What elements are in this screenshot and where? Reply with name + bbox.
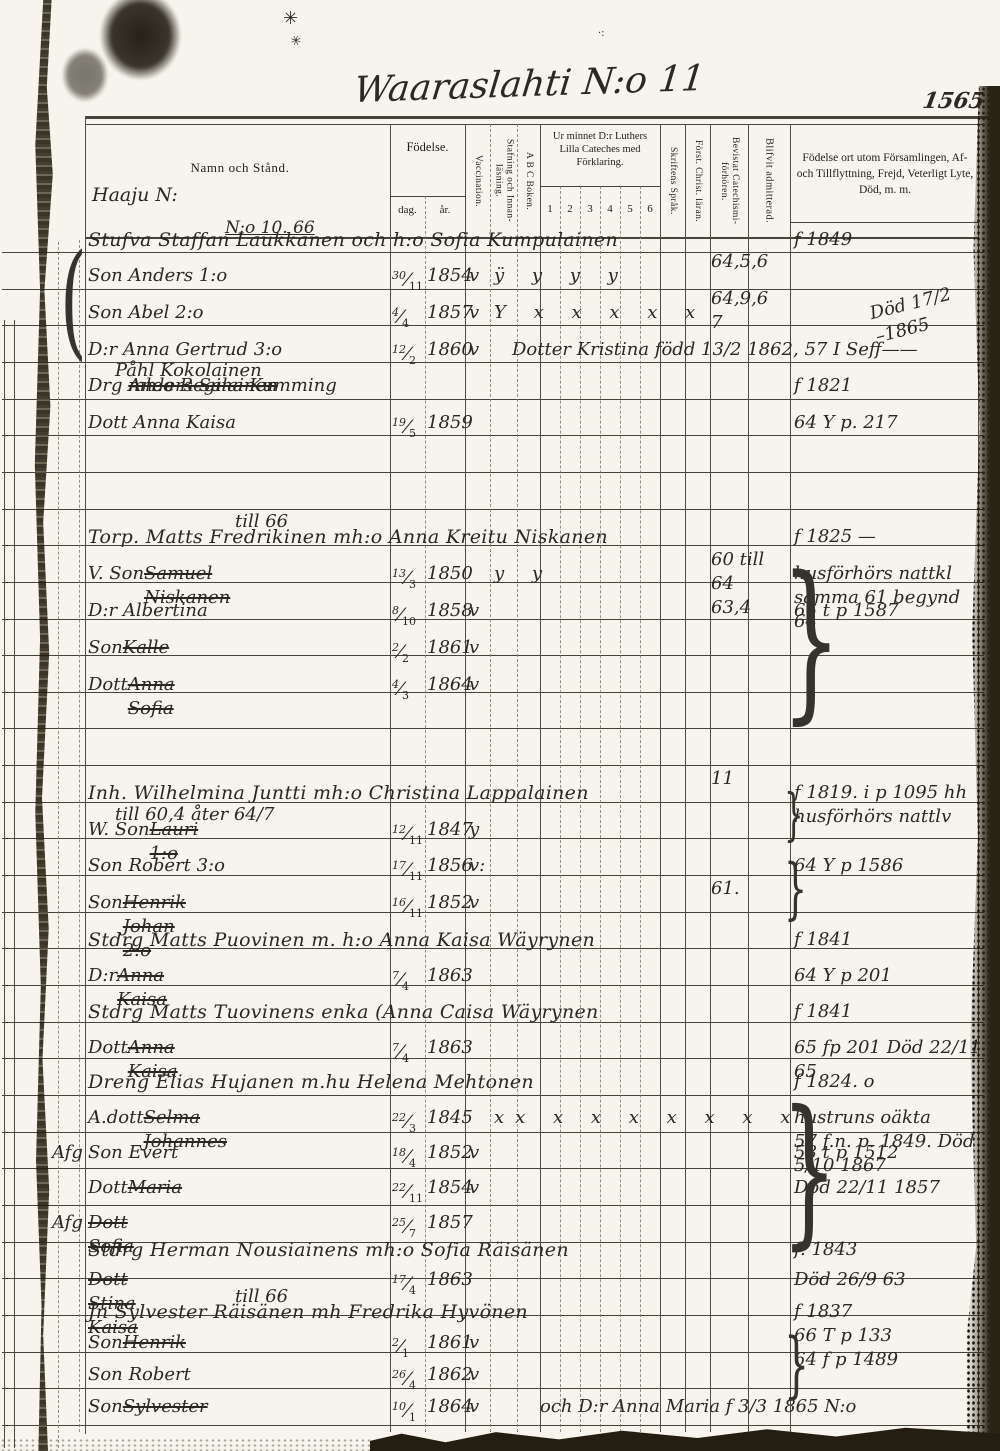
- birth-day: 7⁄4: [392, 1036, 409, 1071]
- entry-name: Son Robert: [88, 1363, 191, 1387]
- birth-year: 1863: [427, 964, 473, 988]
- catechism-note: 11: [711, 767, 781, 791]
- vaccination-mark: v: [469, 338, 479, 362]
- vaccination-mark: v: [469, 673, 479, 697]
- ledger-row: Son Robert 26⁄41862v: [0, 1363, 1000, 1389]
- birth-year: 1861: [427, 636, 473, 660]
- vaccination-mark: v: [469, 1395, 479, 1419]
- ledger-row: Son Robert 3:o 17⁄111856v:64 Y p 1586: [0, 854, 1000, 880]
- header-name-col: Namn och Stånd.: [90, 160, 390, 176]
- entry-name: Dott Anna Kaisa: [88, 411, 236, 435]
- birth-day: 13⁄3: [392, 562, 416, 597]
- birth-day: 30⁄11: [392, 264, 423, 299]
- entry-name: Son Henrik Johan 2:o: [88, 891, 123, 915]
- header-last-col: Födelse ort utom Församlingen, Af- och T…: [796, 150, 974, 198]
- catechism-note: 64,5,6: [711, 250, 781, 274]
- scan-noise-blob-top-left2: [55, 40, 115, 110]
- ledger-row: Son Sylvester10⁄11864voch D:r Anna Maria…: [0, 1395, 1000, 1421]
- birth-year: 1852: [427, 1141, 473, 1165]
- birth-year: 1856: [427, 854, 473, 878]
- struck-name: Henrik: [123, 1331, 186, 1355]
- ledger-row: till 60,4 åter 64/7W. Son Lauri 1:o12⁄11…: [0, 818, 1000, 844]
- margin-note: Afg: [52, 1141, 83, 1165]
- birth-year: 1857: [427, 301, 473, 325]
- birth-year: 1859: [427, 411, 473, 435]
- speckle-star-2: ✳: [288, 33, 303, 51]
- vaccination-mark: v:: [469, 854, 485, 878]
- vaccination-mark: v: [469, 1176, 479, 1200]
- struck-name: Maria: [128, 1176, 182, 1200]
- remarks-note: f 1841: [794, 928, 984, 952]
- birth-year: 1854: [427, 264, 473, 288]
- grouping-brace: }: [784, 1328, 809, 1400]
- entry-name: Son Henrik: [88, 1331, 123, 1355]
- cateches-marks: ÿ y y y: [494, 264, 629, 288]
- rule-line: [2, 765, 984, 766]
- entry-name: Dott Maria: [88, 1176, 128, 1200]
- speckle-dot-1: ·:: [598, 28, 605, 39]
- birth-year: 1858: [427, 599, 473, 623]
- rule-line: [85, 116, 998, 119]
- remarks-note: Död 26/9 63: [794, 1268, 984, 1292]
- cateches-marks: y y: [494, 562, 553, 586]
- cateches-col-number: 5: [620, 203, 640, 215]
- header-stafning: Stafning och Innan-läsning.: [491, 128, 516, 234]
- ledger-row: Påhl KokolainenDrg Anders Salainen mh:o …: [0, 374, 1000, 400]
- birth-day: 2⁄1: [392, 1331, 409, 1366]
- page-title: Waaraslahti N:o 11: [352, 58, 707, 111]
- ledger-page: Waaraslahti N:o 11 1565 Namn och Stånd. …: [0, 0, 1000, 1451]
- struck-name: Kalle: [123, 636, 169, 660]
- header-birth-year: år.: [426, 204, 464, 216]
- header-blifvit-admitterad: Blifvit admitterad.: [750, 128, 788, 234]
- vaccination-mark: v: [469, 599, 479, 623]
- remarks-note: f 1821: [794, 374, 984, 398]
- entry-name: D:r Anna Kaisa: [88, 964, 117, 988]
- birth-year: 1862: [427, 1363, 473, 1387]
- ledger-row: Son Henrik Johan 2:o16⁄111852v61.: [0, 891, 1000, 917]
- entry-name: Jn Sylvester Räisänen mh Fredrika Hyvöne…: [88, 1300, 528, 1324]
- header-bevistat-catechismi: Bevistat Catechismi-förhören.: [712, 128, 746, 234]
- entry-name: Dreng Elias Hujanen m.hu Helena Mehtonen: [88, 1070, 534, 1094]
- ledger-row: Stufva Staffan Laukkanen och h:o Sofia K…: [0, 228, 1000, 254]
- remarks-note: f 1849: [794, 228, 984, 252]
- ledger-row: V. Son Samuel Niskanen13⁄31850y y60 till…: [0, 562, 1000, 588]
- ledger-row: till 66Jn Sylvester Räisänen mh Fredrika…: [0, 1300, 1000, 1326]
- grouping-brace: }: [784, 788, 804, 844]
- ledger-row: Dott Stina Kaisa17⁄41863Död 26/9 63: [0, 1268, 1000, 1294]
- birth-year: 1863: [427, 1036, 473, 1060]
- entry-name: V. Son Samuel Niskanen: [88, 562, 144, 586]
- ledger-row: A.dott Selma Johannes22⁄31845xx x x x x …: [0, 1106, 1000, 1132]
- scan-edge-bottom-left: [0, 1438, 370, 1451]
- rule-line: [2, 472, 984, 473]
- vaccination-mark: y: [469, 818, 479, 842]
- grouping-brace: }: [781, 1090, 838, 1252]
- entry-name: Son Abel 2:o: [88, 301, 204, 325]
- header-vaccination: Vaccination.: [466, 128, 489, 234]
- rule-line: [390, 196, 465, 197]
- ledger-row: Dott Maria22⁄111854vDöd 22/11 1857: [0, 1176, 1000, 1202]
- birth-day: 17⁄4: [392, 1268, 416, 1303]
- vaccination-mark: v: [469, 636, 479, 660]
- birth-year: 1861: [427, 1331, 473, 1355]
- vaccination-mark: v: [469, 301, 479, 325]
- grouping-brace: }: [781, 554, 841, 726]
- entry-name: A.dott Selma Johannes: [88, 1106, 144, 1130]
- entry-name: D:r Albertina: [88, 599, 208, 623]
- birth-day: 10⁄1: [392, 1395, 416, 1430]
- remarks-note: f 1841: [794, 1000, 984, 1024]
- birth-day: 12⁄2: [392, 338, 416, 373]
- birth-day: 16⁄11: [392, 891, 423, 926]
- ledger-row: Dott Anna Sofia4⁄31864v: [0, 673, 1000, 699]
- birth-year: 1850: [427, 562, 473, 586]
- ledger-row: Dott Anna Kaisa7⁄4186365 fp 201 Död 22/1…: [0, 1036, 1000, 1062]
- rule-line: [2, 509, 984, 510]
- header-birth: Födelse.: [390, 140, 465, 155]
- vaccination-mark: v: [469, 1331, 479, 1355]
- ledger-row: D:r Anna Kaisa7⁄4186364 Y p 201: [0, 964, 1000, 990]
- ledger-row: Son Kalle2⁄21861v: [0, 636, 1000, 662]
- birth-day: 7⁄4: [392, 964, 409, 999]
- header-skriftens-sprak: Skriftens Språk.: [661, 128, 684, 234]
- ledger-row: Dott Anna Kaisa 19⁄5185964 Y p. 217: [0, 411, 1000, 437]
- cateches-col-number: 6: [640, 203, 660, 215]
- cateches-marks: xx x x x x x x x: [494, 1106, 801, 1130]
- birth-day: 8⁄10: [392, 599, 416, 634]
- catechism-note: 61.: [711, 877, 781, 901]
- birth-year: 1864: [427, 673, 473, 697]
- ledger-row: D:r Albertina 8⁄101858v66 t p 1587: [0, 599, 1000, 625]
- entry-name: Son Anders 1:o: [88, 264, 227, 288]
- page-number: 1565: [921, 88, 987, 114]
- entry-name: Stdrg Matts Tuovinens enka (Anna Caisa W…: [88, 1000, 599, 1024]
- entry-name: Son Robert 3:o: [88, 854, 225, 878]
- ledger-row: AfgDott Sofia25⁄71857: [0, 1211, 1000, 1237]
- ledger-row: Son Anders 1:o 30⁄111854vÿ y y y64,5,6: [0, 264, 1000, 290]
- ledger-row: Stdrg Matts Puovinen m. h:o Anna Kaisa W…: [0, 928, 1000, 954]
- speckle-star-1: ✳: [283, 8, 298, 29]
- birth-day: 22⁄3: [392, 1106, 416, 1141]
- birth-day: 4⁄3: [392, 673, 409, 708]
- ledger-row: Stdrg Herman Nousiainens mh:o Sofia Räis…: [0, 1238, 1000, 1264]
- birth-year: 1854: [427, 1176, 473, 1200]
- grouping-brace: }: [784, 856, 807, 922]
- entry-name: W. Son Lauri 1:o: [88, 818, 150, 842]
- birth-day: 26⁄4: [392, 1363, 416, 1398]
- entry-name: Stdrg Herman Nousiainens mh:o Sofia Räis…: [88, 1238, 569, 1262]
- struck-name: Anna Sofia: [128, 673, 175, 721]
- vaccination-mark: v: [469, 1141, 479, 1165]
- entry-name: Inh. Wilhelmina Juntti mh:o Christina La…: [88, 781, 589, 805]
- ledger-row: till 66Torp. Matts Fredrikinen mh:o Anna…: [0, 525, 1000, 551]
- cateches-col-number: 3: [580, 203, 600, 215]
- birth-year: 1860: [427, 338, 473, 362]
- birth-year: 1852: [427, 891, 473, 915]
- entry-name: Dott Anna Kaisa: [88, 1036, 128, 1060]
- birth-day: 12⁄11: [392, 818, 423, 853]
- struck-name: Sylvester: [123, 1395, 208, 1419]
- birth-day: 17⁄11: [392, 854, 423, 889]
- entry-name: Stdrg Matts Puovinen m. h:o Anna Kaisa W…: [88, 928, 595, 952]
- grouping-brace: (: [60, 238, 87, 363]
- header-cateches: Ur minnet D:r Luthers Lilla Cateches med…: [542, 130, 658, 169]
- ledger-row: Stdrg Matts Tuovinens enka (Anna Caisa W…: [0, 1000, 1000, 1026]
- vaccination-mark: v: [469, 264, 479, 288]
- entry-name: Dott Anna Sofia: [88, 673, 128, 697]
- rule-line: [2, 1425, 984, 1426]
- ledger-row: Dreng Elias Hujanen m.hu Helena Mehtonen…: [0, 1070, 1000, 1096]
- catechism-note: 64,9,6 7: [711, 287, 781, 335]
- birth-day: 4⁄4: [392, 301, 409, 336]
- birth-year: 1864: [427, 1395, 473, 1419]
- vaccination-mark: v: [469, 891, 479, 915]
- birth-year: 1863: [427, 1268, 473, 1292]
- header-forst-christ-laran: Först. Christ. läran.: [686, 128, 709, 234]
- entry-name: Drg Anders Salainen mh:o Regina Kumming: [88, 374, 337, 398]
- cateches-col-number: 1: [540, 203, 560, 215]
- birth-year: 1845: [427, 1106, 473, 1130]
- remarks-note: 64 Y p. 217: [794, 411, 984, 435]
- rule-line: [85, 124, 984, 125]
- edge-note: Död 17/2 –1865: [867, 283, 959, 350]
- birth-day: 18⁄4: [392, 1141, 416, 1176]
- entry-name: Son Sylvester: [88, 1395, 123, 1419]
- remarks-note: 64 Y p 1586: [794, 854, 984, 878]
- header-birth-day: dag.: [390, 204, 425, 216]
- birth-year: 1857: [427, 1211, 473, 1235]
- across-note: Dotter Kristina född 13/2 1862, 57 I Sef…: [512, 338, 918, 362]
- birth-day: 19⁄5: [392, 411, 416, 446]
- entry-name: Son Evert: [88, 1141, 178, 1165]
- entry-name: Son Kalle: [88, 636, 123, 660]
- rule-line: [790, 222, 978, 223]
- margin-note: Afg: [52, 1211, 83, 1235]
- struck-name: Anders Salainen: [128, 374, 277, 398]
- birth-year: 1847: [427, 818, 473, 842]
- entry-name: Stufva Staffan Laukkanen och h:o Sofia K…: [88, 228, 618, 252]
- annotation-under-name: Haaju N:: [92, 184, 178, 206]
- cateches-col-number: 2: [560, 203, 580, 215]
- vaccination-mark: v: [469, 1363, 479, 1387]
- header-abc-boken: A B C Boken.: [518, 128, 539, 234]
- birth-day: 22⁄11: [392, 1176, 423, 1211]
- entry-name: Torp. Matts Fredrikinen mh:o Anna Kreitu…: [88, 525, 608, 549]
- cateches-marks: Y x x x x x: [494, 301, 706, 325]
- ledger-row: AfgSon Evert 18⁄41852v58 t p 1512: [0, 1141, 1000, 1167]
- remarks-note: 64 Y p 201: [794, 964, 984, 988]
- birth-day: 2⁄2: [392, 636, 409, 671]
- cateches-col-number: 4: [600, 203, 620, 215]
- ledger-row: Son Henrik2⁄11861v: [0, 1331, 1000, 1357]
- ledger-row: Son Abel 2:o 4⁄41857vY x x x x x64,9,6 7: [0, 301, 1000, 327]
